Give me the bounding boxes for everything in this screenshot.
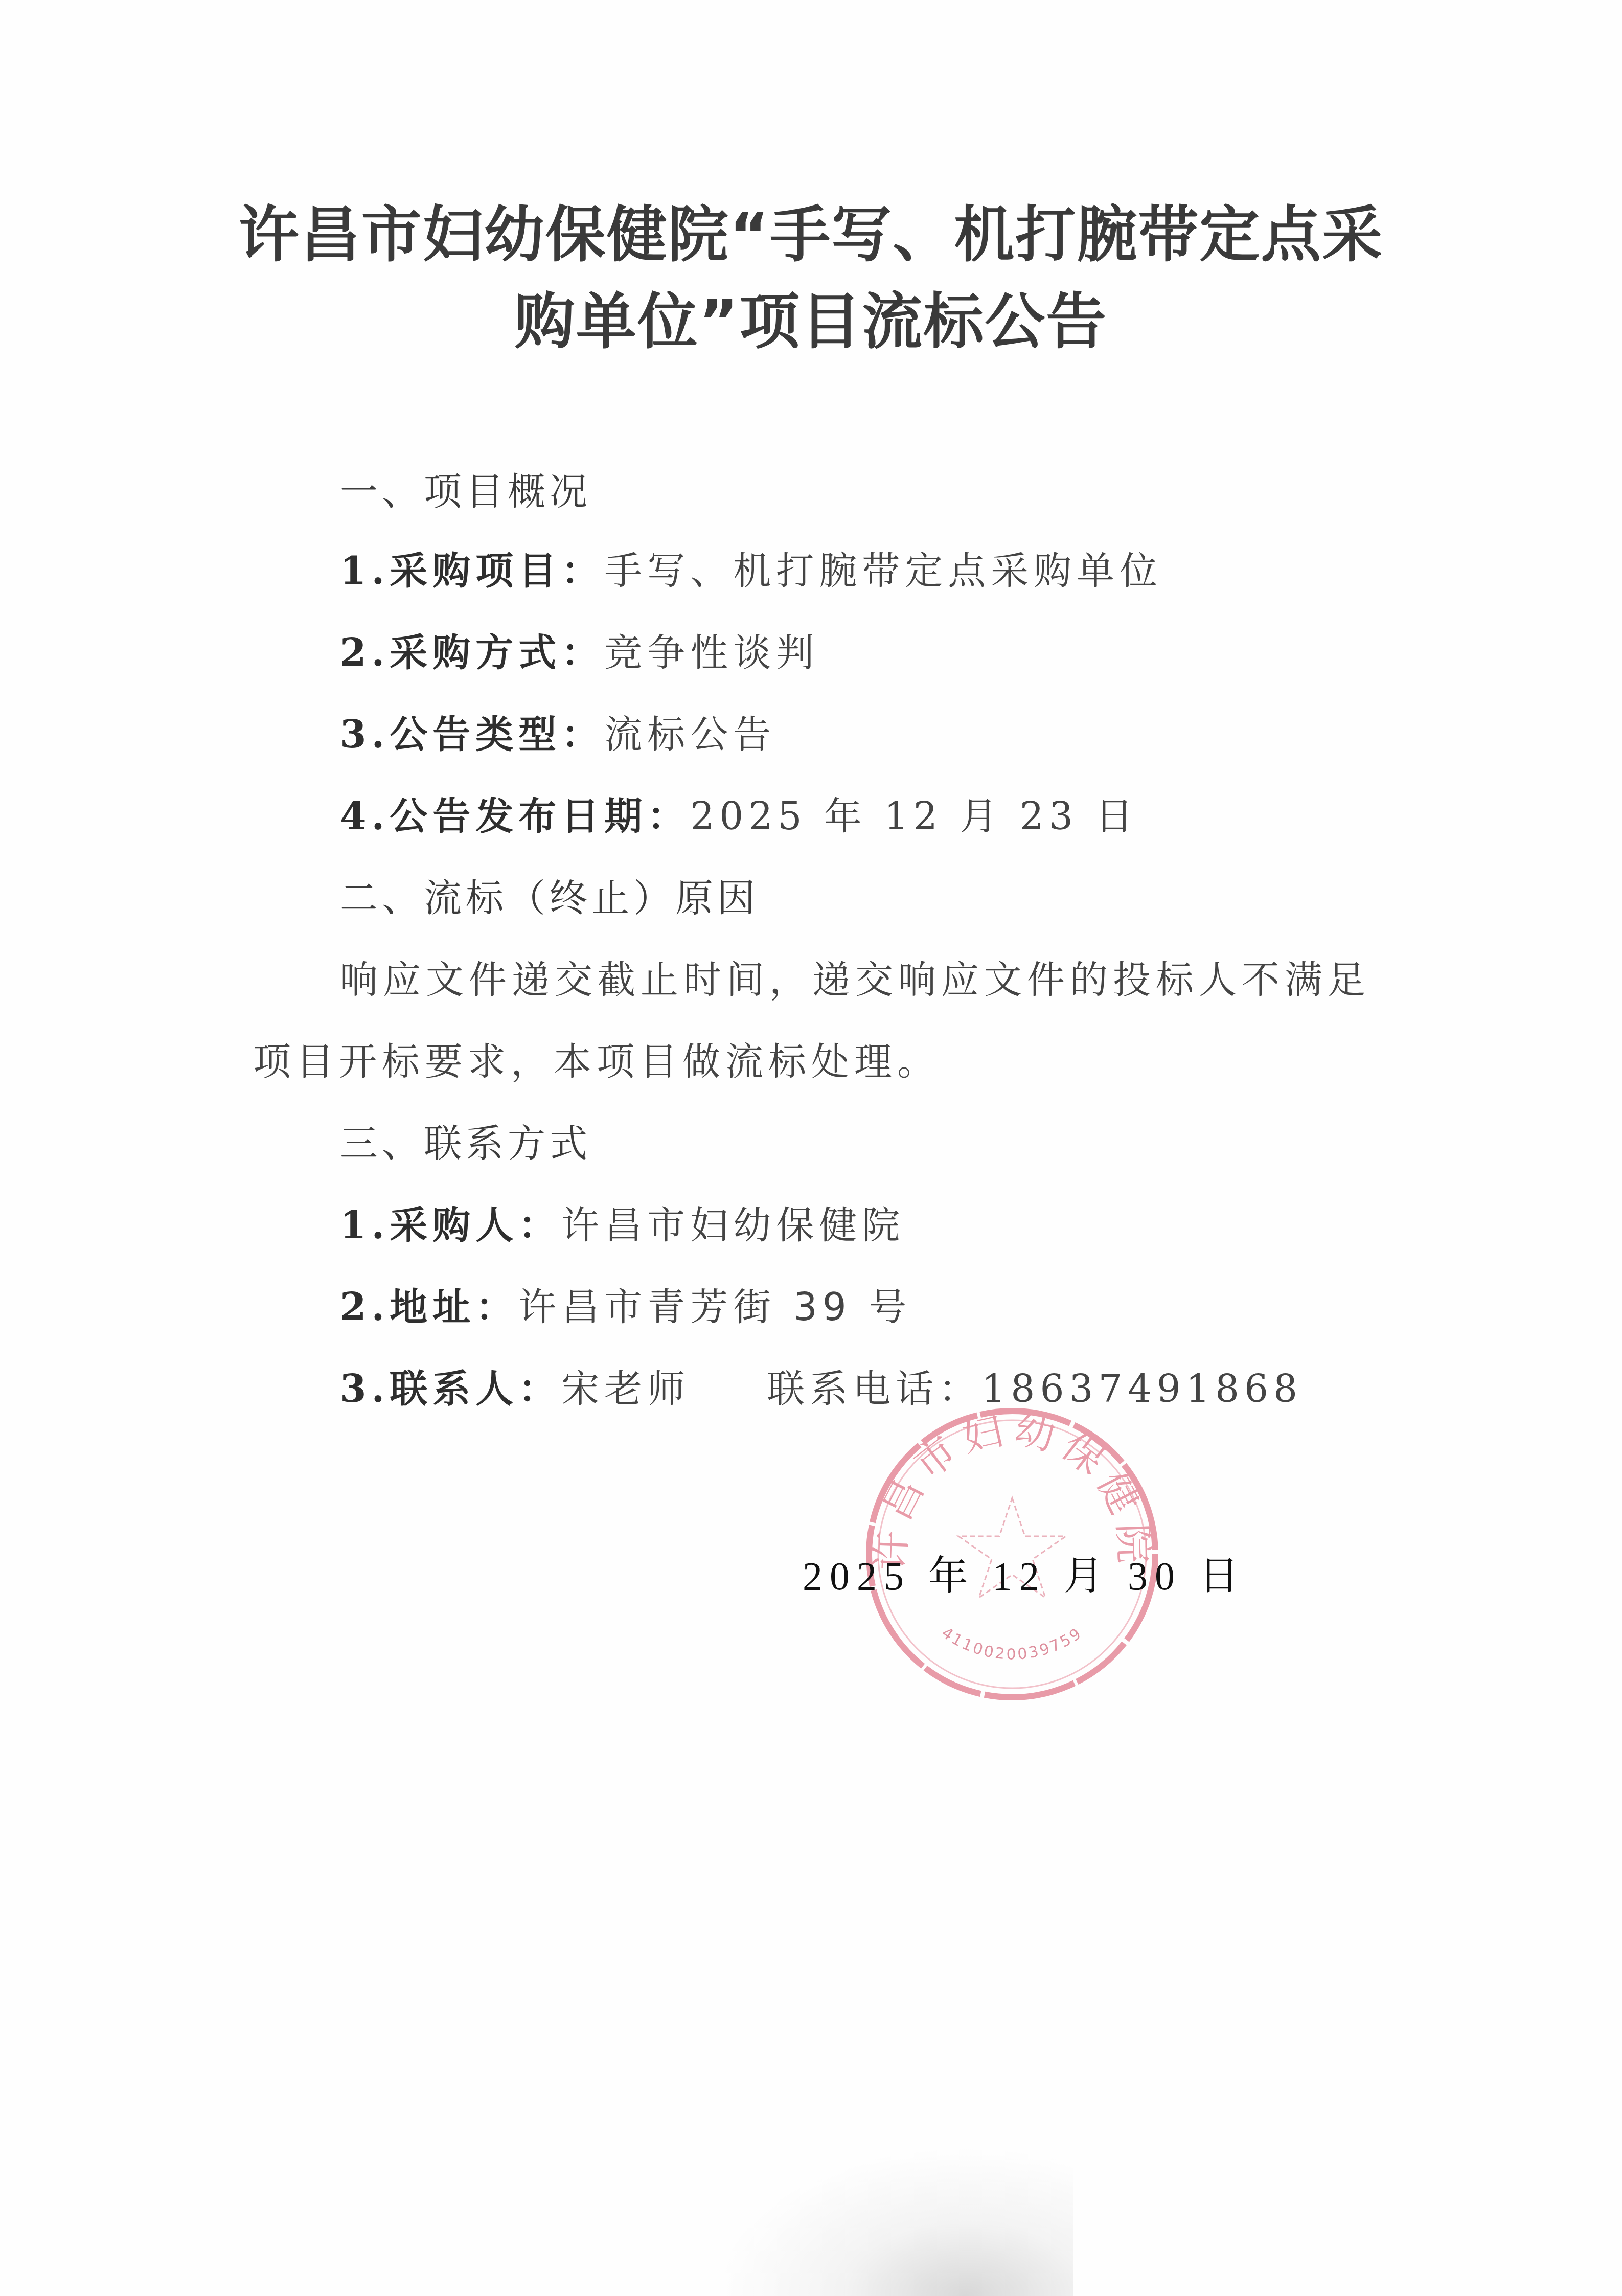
publish-date-value: 2025 年 12 月 23 日 <box>690 794 1138 838</box>
contact-row: 3.联系人：宋老师联系电话：18637491868 <box>340 1370 1303 1408</box>
signature-date: 2025 年 12 月 30 日 <box>803 1544 1246 1601</box>
reason-paragraph-line1: 响应文件递交截止时间，递交响应文件的投标人不满足 <box>340 961 1370 999</box>
document-title-line1: 许昌市妇幼保健院“手写、机打腕带定点采 <box>0 204 1622 265</box>
purchaser-row: 1.采购人：许昌市妇幼保健院 <box>340 1207 905 1244</box>
section3-heading: 三、联系方式 <box>340 1125 591 1163</box>
publish-date-label: 4.公告发布日期： <box>340 794 690 838</box>
contact-person-value: 宋老师 <box>561 1367 690 1411</box>
procurement-method-label: 2.采购方式： <box>340 631 604 675</box>
announcement-type-label: 3.公告类型： <box>340 713 604 757</box>
section1-heading: 一、项目概况 <box>340 473 591 511</box>
purchaser-label: 1.采购人： <box>340 1203 561 1247</box>
address-row: 2.地址：许昌市青芳街 39 号 <box>340 1288 911 1326</box>
seal-code: 4110020039759 <box>939 1624 1086 1663</box>
document-title-line2: 购单位”项目流标公告 <box>0 291 1622 352</box>
contact-phone-value: 18637491868 <box>981 1367 1303 1411</box>
contact-phone-label: 联系电话： <box>767 1367 981 1411</box>
svg-text:4110020039759: 4110020039759 <box>939 1624 1086 1663</box>
purchaser-value: 许昌市妇幼保健院 <box>561 1203 905 1247</box>
announcement-type-row: 3.公告类型：流标公告 <box>340 716 776 754</box>
section2-heading: 二、流标（终止）原因 <box>340 879 759 917</box>
scan-smudge <box>716 2147 1073 2296</box>
document-page: 许昌市妇幼保健院“手写、机打腕带定点采 购单位”项目流标公告 一、项目概况 1.… <box>0 0 1622 2296</box>
contact-person-label: 3.联系人： <box>340 1367 561 1411</box>
announcement-type-value: 流标公告 <box>604 713 776 757</box>
publish-date-row: 4.公告发布日期：2025 年 12 月 23 日 <box>340 798 1138 835</box>
procurement-method-row: 2.采购方式：竞争性谈判 <box>340 634 819 672</box>
procurement-project-label: 1.采购项目： <box>340 549 604 593</box>
procurement-project-value: 手写、机打腕带定点采购单位 <box>604 549 1162 593</box>
procurement-method-value: 竞争性谈判 <box>604 631 819 675</box>
address-label: 2.地址： <box>340 1285 518 1329</box>
address-value: 许昌市青芳街 39 号 <box>518 1285 911 1329</box>
procurement-project-row: 1.采购项目：手写、机打腕带定点采购单位 <box>340 552 1162 590</box>
reason-paragraph-line2: 项目开标要求，本项目做流标处理。 <box>253 1043 940 1081</box>
